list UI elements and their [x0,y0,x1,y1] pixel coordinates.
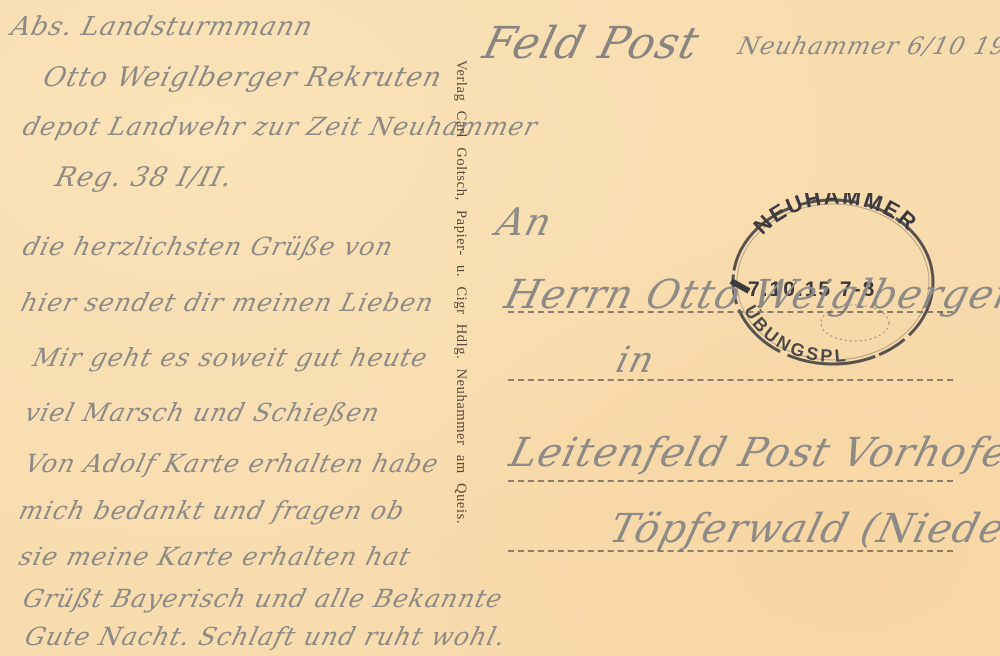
message-line: sie meine Karte erhalten hat [16,542,414,571]
sender-line: Abs. Landsturmmann [8,12,316,42]
feldpost-heading: Feld Post [478,18,705,69]
place-date: Neuhammer 6/10 1915 [735,32,1000,60]
message-line: Gute Nacht. Schlaft und ruht wohl. [22,622,509,651]
address-line [508,550,953,552]
address-place: Leitenfeld Post Vorhofen [505,430,1000,476]
message-line: die herzlichsten Grüße von [20,232,397,261]
svg-text:NEUHAMMER: NEUHAMMER [748,193,922,239]
address-line [508,480,953,482]
address-line [508,379,953,381]
publisher-imprint: Verlag Carl Goltsch, Papier- u. Cigr Hdl… [452,60,469,524]
sender-line: Otto Weiglberger Rekruten [40,62,446,93]
address-region: Töpferwald (Niederbayern) [605,506,1000,552]
message-line: viel Marsch und Schießen [22,398,383,427]
address-preposition: in [612,340,659,381]
message-line: Von Adolf Karte erhalten habe [22,449,442,478]
message-line: hier sendet dir meinen Lieben [18,288,437,317]
message-line: mich bedankt und fragen ob [16,496,408,525]
postcard: Abs. Landsturmmann Otto Weiglberger Rekr… [0,0,1000,656]
sender-line: Reg. 38 I/II. [52,162,236,193]
message-line: Mir geht es soweit gut heute [30,343,431,372]
address-salutation: An [492,200,557,244]
address-line [508,311,953,313]
message-line: Grüßt Bayerisch und alle Bekannte [20,584,506,613]
